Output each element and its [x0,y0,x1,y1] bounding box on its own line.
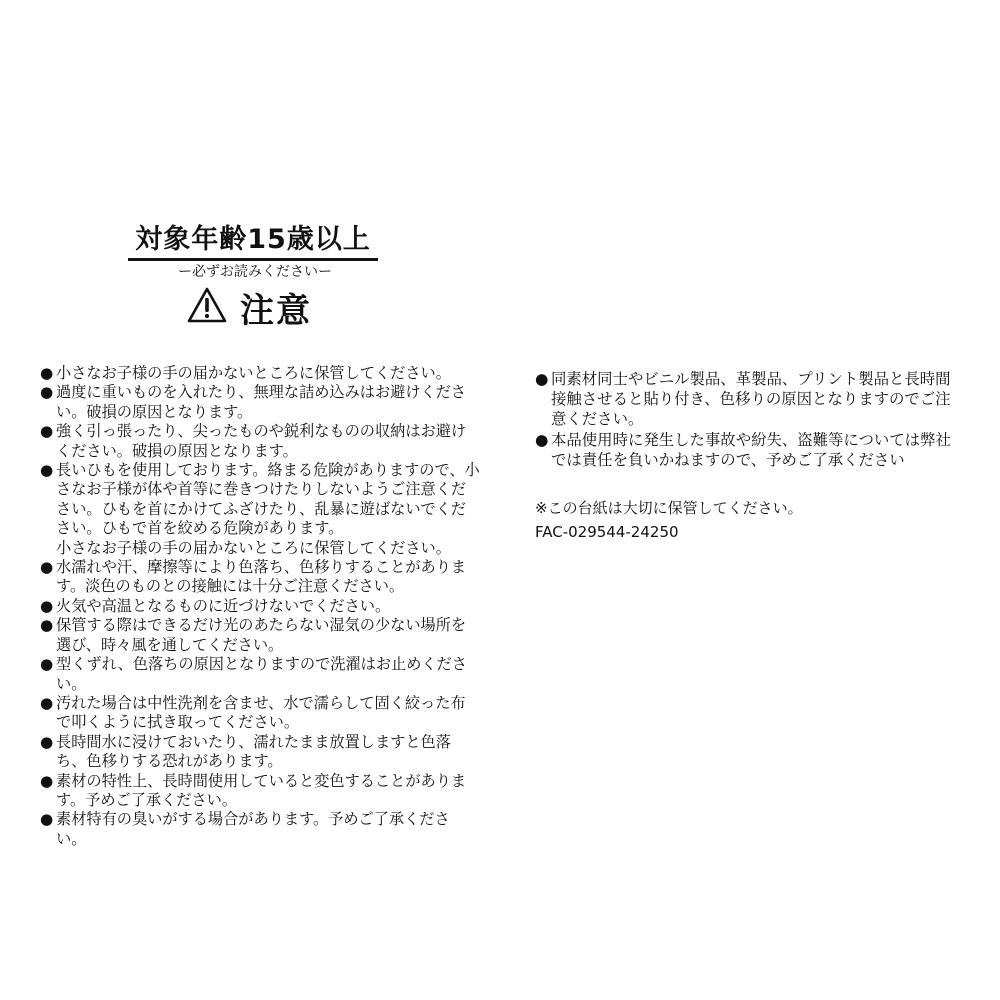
bullet-icon: ● [40,558,53,577]
list-item: ●同素材同士やビニル製品、革製品、プリント製品と長時間接触させると貼り付き、色移… [535,369,965,430]
read-carefully-note: ー必ずお読みくださいー [150,262,360,282]
list-item: ●素材の特性上、長時間使用していると変色することがあります。予めご了承ください。 [40,772,480,811]
caution-label: 注意 [240,283,312,332]
caution-list-right: ●同素材同士やビニル製品、革製品、プリント製品と長時間接触させると貼り付き、色移… [535,369,965,470]
warning-triangle-icon [186,286,228,328]
list-item: ●型くずれ、色落ちの原因となりますので洗濯はお止めください。 [40,655,480,694]
list-item: ●長時間水に浸けておいたり、濡れたまま放置しますと色落ち、色移りする恐れがありま… [40,733,480,772]
product-code: FAC-029544-24250 [535,520,803,544]
list-item: ●水濡れや汗、摩擦等により色落ち、色移りすることがあります。淡色のものとの接触に… [40,558,480,597]
bullet-icon: ● [40,733,53,752]
bullet-icon: ● [40,422,53,441]
bullet-icon: ● [40,772,53,791]
bullet-icon: ● [40,655,53,674]
list-item: ●強く引っ張ったり、尖ったものや鋭利なものの収納はお避けください。破損の原因とな… [40,422,480,461]
list-item: ●本品使用時に発生した事故や紛失、盗難等については弊社では責任を負いかねますので… [535,430,965,470]
bullet-icon: ● [40,616,53,635]
list-item: ●長いひもを使用しております。絡まる危険がありますので、小さなお子様が体や首等に… [40,461,480,539]
bullet-icon: ● [535,430,548,450]
bullet-icon: ● [40,383,53,402]
list-item: ●過度に重いものを入れたり、無理な詰め込みはお避けください。破損の原因となります… [40,383,480,422]
bullet-icon: ● [40,461,53,480]
list-item: ●汚れた場合は中性洗剤を含ませ、水で濡らして固く絞った布で叩くように拭き取ってく… [40,694,480,733]
caution-heading: 注意 [186,284,312,330]
bullet-icon: ● [40,694,53,713]
list-item-continuation: 小さなお子様の手の届かないところに保管してください。 [40,539,480,558]
bullet-icon: ● [535,369,548,389]
age-target-title: 対象年齢15歳以上 [128,224,378,256]
list-item: ●素材特有の臭いがする場合があります。予めご了承ください。 [40,810,480,849]
bullet-icon: ● [40,810,53,829]
list-item: ●火気や高温となるものに近づけないでください。 [40,597,480,616]
list-item: ●保管する際はできるだけ光のあたらない湿気の少ない場所を選び、時々風を通してくだ… [40,616,480,655]
title-underline [128,258,378,261]
footer-notes: ※この台紙は大切に保管してください。 FAC-029544-24250 [535,496,803,544]
bullet-icon: ● [40,364,53,383]
keep-card-note: ※この台紙は大切に保管してください。 [535,496,803,520]
list-item: ●小さなお子様の手の届かないところに保管してください。 [40,364,480,383]
bullet-icon: ● [40,597,53,616]
caution-list-left: ●小さなお子様の手の届かないところに保管してください。 ●過度に重いものを入れた… [40,364,480,849]
